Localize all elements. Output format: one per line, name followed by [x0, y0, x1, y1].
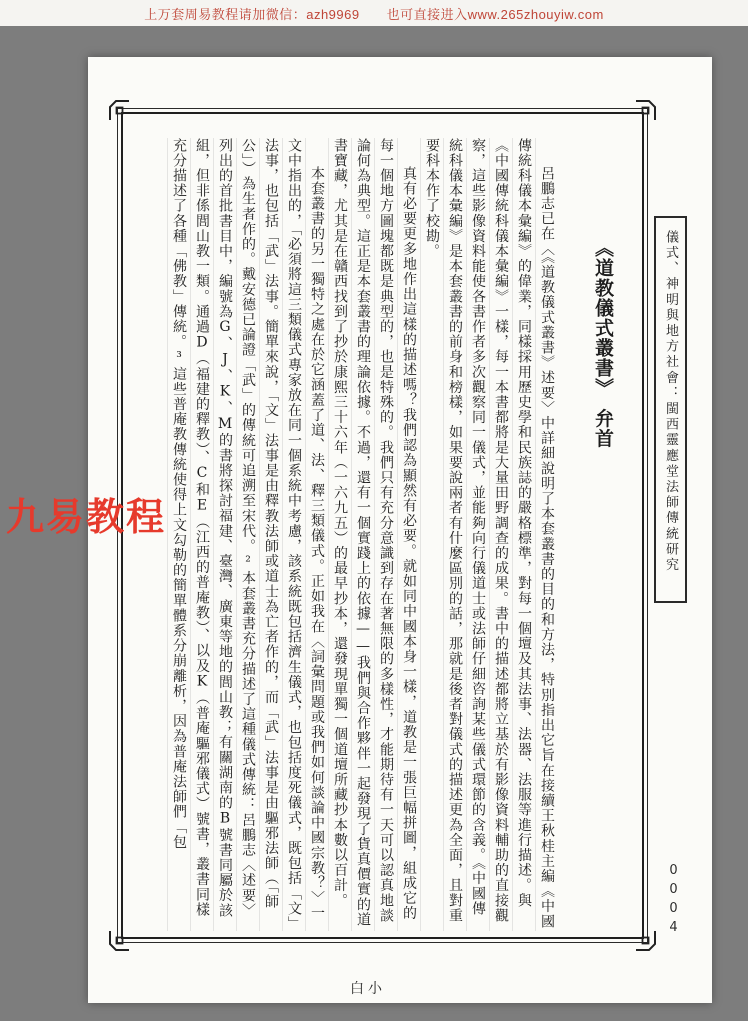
border-frame: 《道教儀式叢書》 弁首 呂鵬志已在〈《道教儀式叢書》述要〉中詳細說明了本套叢書的…: [117, 108, 648, 943]
article-paragraph-3: 本套叢書的另一獨特之處在於它涵蓋了道、法、釋三類儀式。正如我在〈詞彙問題或我們如…: [167, 138, 328, 931]
book-page: 《道教儀式叢書》 弁首 呂鵬志已在〈《道教儀式叢書》述要〉中詳細說明了本套叢書的…: [88, 57, 712, 1003]
article-title: 《道教儀式叢書》 弁首: [584, 138, 622, 931]
article-body: 呂鵬志已在〈《道教儀式叢書》述要〉中詳細說明了本套叢書的目的和方法，特別指出它旨…: [167, 138, 558, 931]
watermark-text: 九易教程: [6, 486, 166, 541]
page-content: 《道教儀式叢書》 弁首 呂鵬志已在〈《道教儀式叢書》述要〉中詳細說明了本套叢書的…: [123, 114, 642, 937]
article-paragraph-1: 呂鵬志已在〈《道教儀式叢書》述要〉中詳細說明了本套叢書的目的和方法，特別指出它旨…: [420, 138, 558, 931]
promo-header: 上万套周易教程请加微信：azh9969 也可直接进入www.265zhouyiw…: [0, 0, 748, 26]
printer-mark: 白小: [350, 978, 386, 998]
article-paragraph-2: 真有必要更多地作出這樣的描述嗎？我們認為顯然有必要。就如同中國本身一樣，道教是一…: [328, 138, 420, 931]
promo-text: 上万套周易教程请加微信：azh9969 也可直接进入www.265zhouyiw…: [144, 4, 604, 23]
page-number: 0004: [666, 863, 681, 939]
series-side-label: 儀式、神明與地方社會：閩西靈應堂法師傳統研究: [663, 230, 678, 573]
screen: 上万套周易教程请加微信：azh9969 也可直接进入www.265zhouyiw…: [0, 0, 748, 1021]
series-side-label-box: 儀式、神明與地方社會：閩西靈應堂法師傳統研究: [654, 216, 687, 603]
